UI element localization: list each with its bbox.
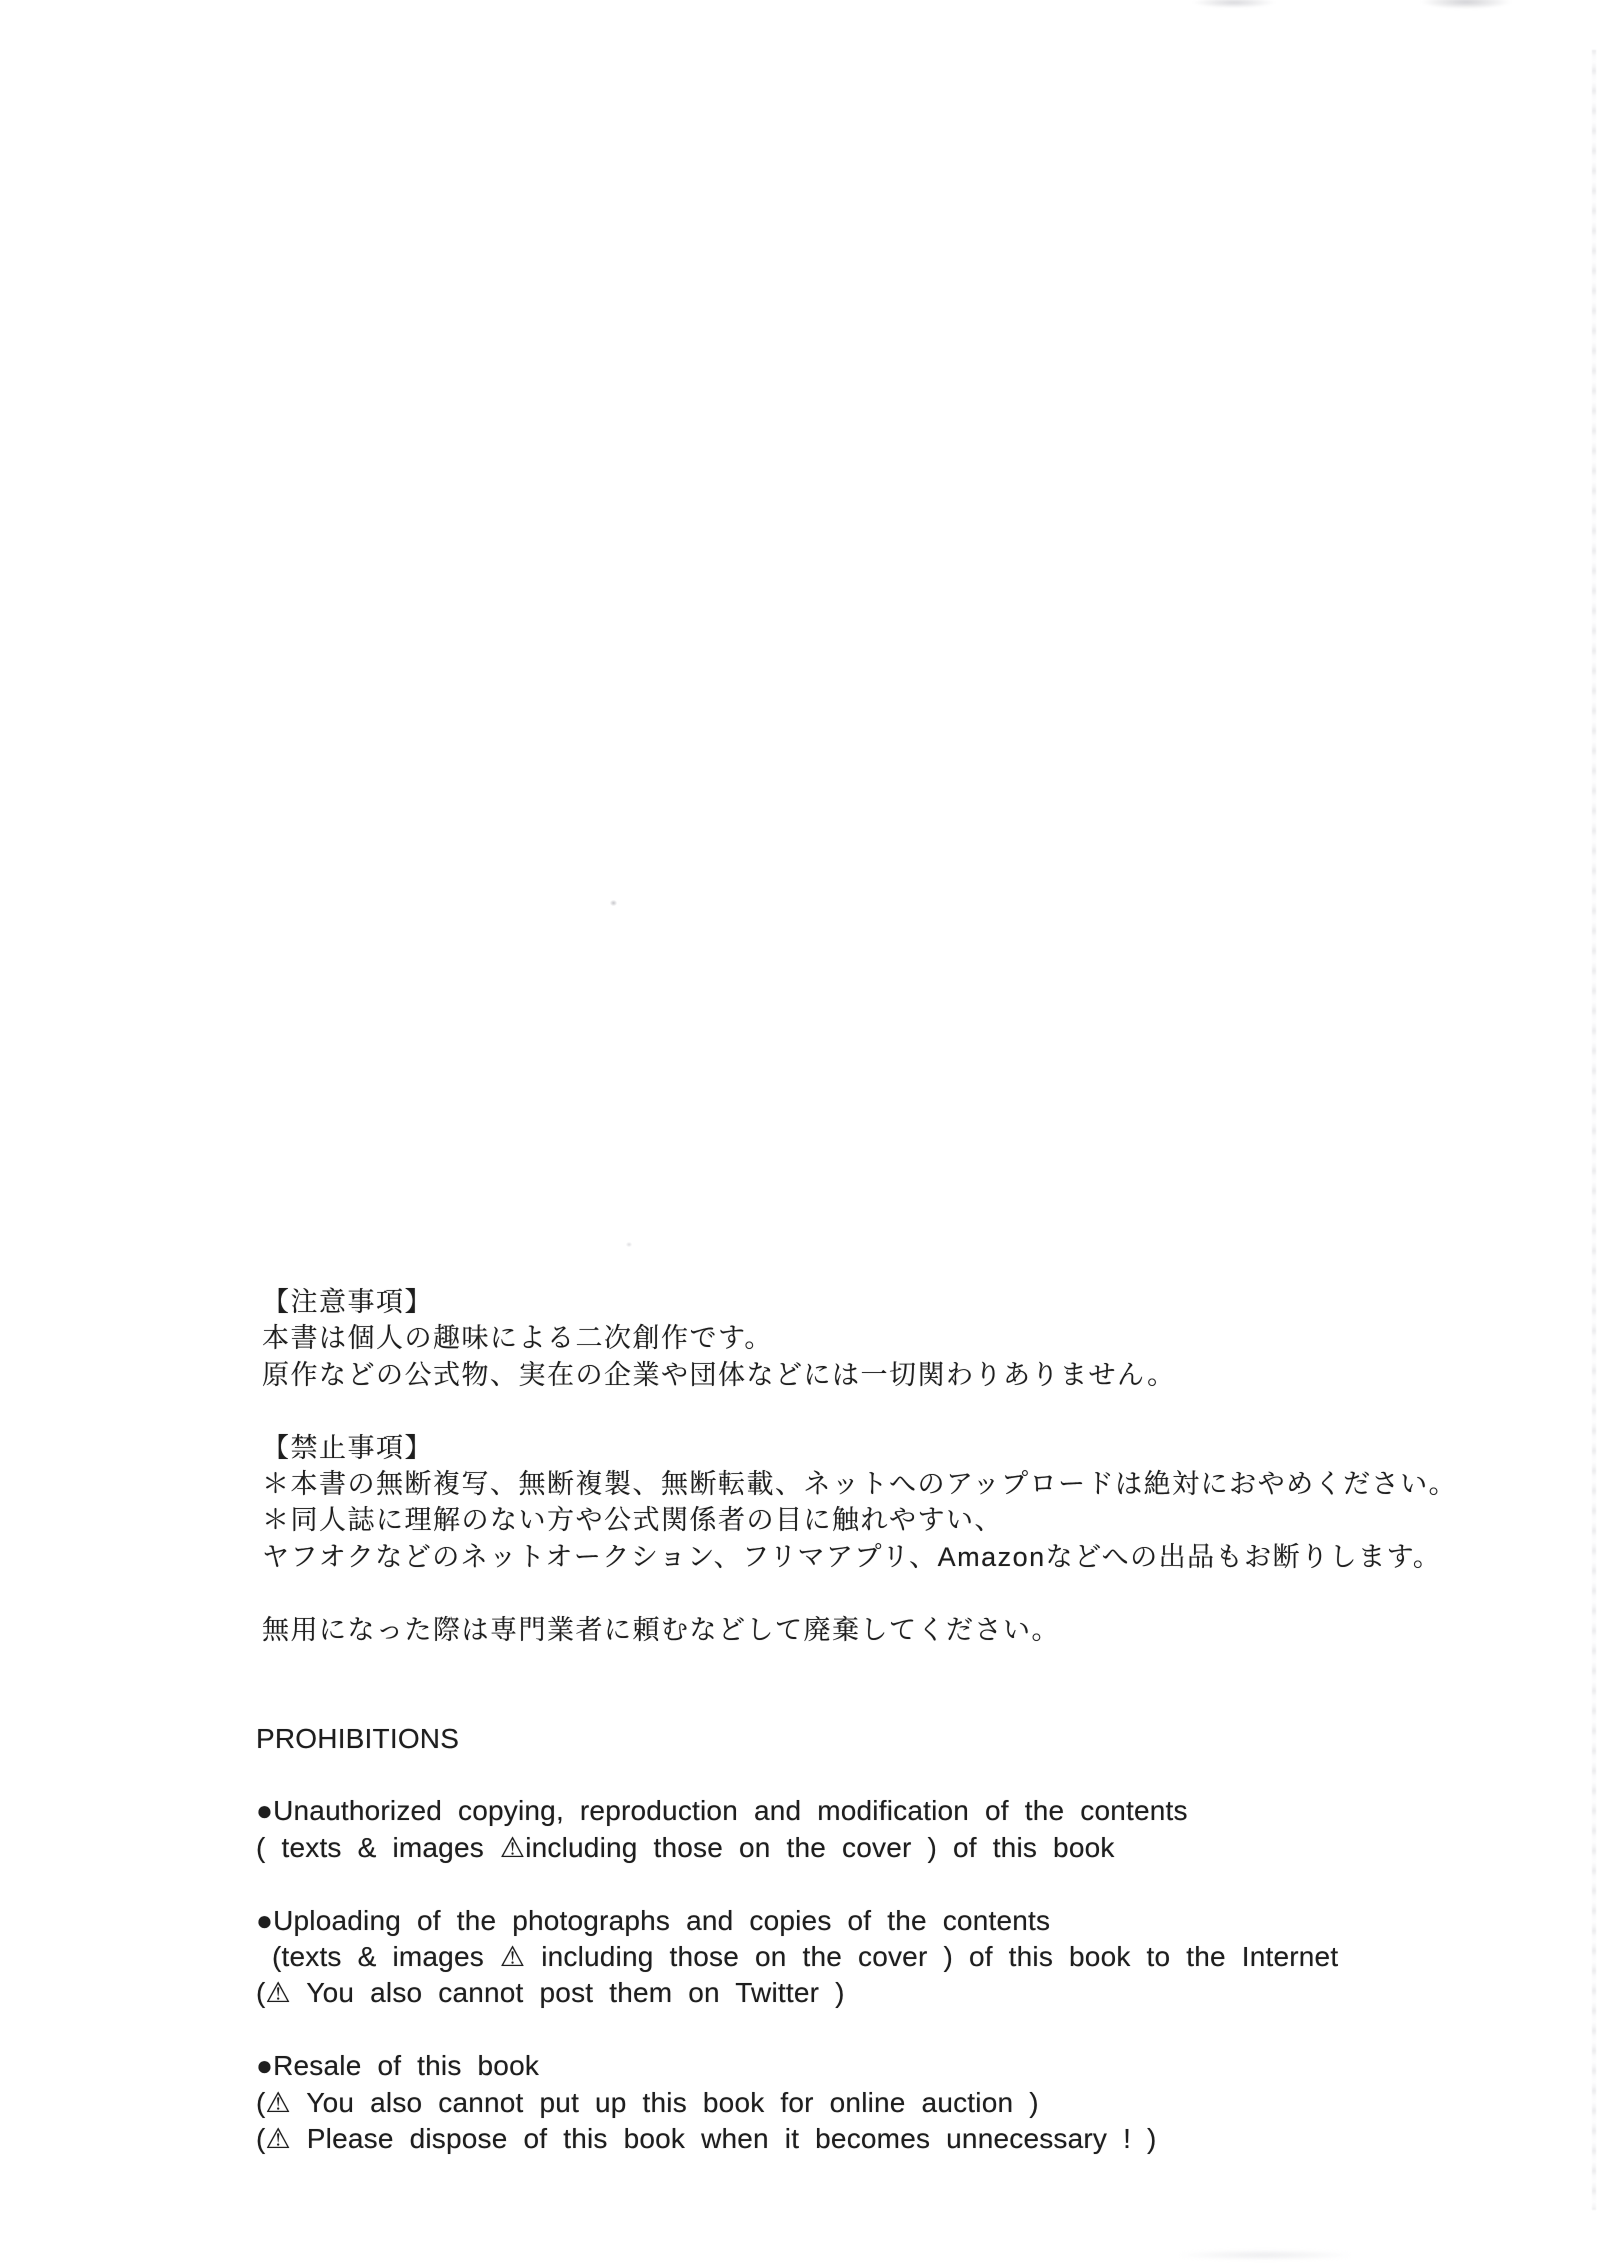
en-prohibition-item-resale-dispose: (⚠ Please dispose of this book when it b… [0,2121,1600,2157]
en-prohibitions-heading: PROHIBITIONS [0,1721,1600,1757]
en-prohibition-item-uploading-detail: (texts & images ⚠ including those on the… [0,1939,1600,1975]
blank-line [0,1575,1600,1611]
jp-prohibited-line: ＊同人誌に理解のない方や公式関係者の目に触れやすい、 [0,1502,1600,1538]
jp-disposal-line: 無用になった際は専門業者に頼むなどして廃棄してください。 [0,1612,1600,1648]
en-prohibition-item-copying-detail: ( texts & images ⚠including those on the… [0,1830,1600,1866]
en-prohibition-item-copying: ●Unauthorized copying, reproduction and … [0,1793,1600,1829]
scanned-page: 【注意事項】 本書は個人の趣味による二次創作です。 原作などの公式物、実在の企業… [0,0,1600,2266]
scan-smudge-top-left-artifact [1192,0,1276,8]
jp-notice-line: 本書は個人の趣味による二次創作です。 [0,1320,1600,1356]
jp-notice-heading: 【注意事項】 [0,1284,1600,1320]
scan-speck-artifact [626,1242,632,1247]
blank-line [0,1648,1600,1684]
blank-line [0,2012,1600,2048]
scan-smudge-top-right-artifact [1420,0,1512,9]
en-prohibition-item-uploading-twitter: (⚠ You also cannot post them on Twitter … [0,1975,1600,2011]
blank-line [0,1866,1600,1902]
jp-prohibited-line: ＊本書の無断複写、無断複製、無断転載、ネットへのアップロードは絶対におやめくださ… [0,1466,1600,1502]
en-prohibition-item-resale: ●Resale of this book [0,2048,1600,2084]
blank-line [0,1757,1600,1793]
disclaimer-text-block: 【注意事項】 本書は個人の趣味による二次創作です。 原作などの公式物、実在の企業… [0,1284,1600,2157]
jp-prohibited-line: ヤフオクなどのネットオークション、フリマアプリ、Amazonなどへの出品もお断り… [0,1539,1600,1575]
jp-notice-line: 原作などの公式物、実在の企業や団体などには一切関わりありません。 [0,1357,1600,1393]
en-prohibition-item-resale-auction: (⚠ You also cannot put up this book for … [0,2085,1600,2121]
blank-line [0,1684,1600,1720]
en-prohibition-item-uploading: ●Uploading of the photographs and copies… [0,1903,1600,1939]
jp-prohibited-heading: 【禁止事項】 [0,1430,1600,1466]
scan-smudge-bottom-artifact [1180,2250,1350,2260]
blank-line [0,1393,1600,1429]
scan-speck-artifact [610,900,617,906]
